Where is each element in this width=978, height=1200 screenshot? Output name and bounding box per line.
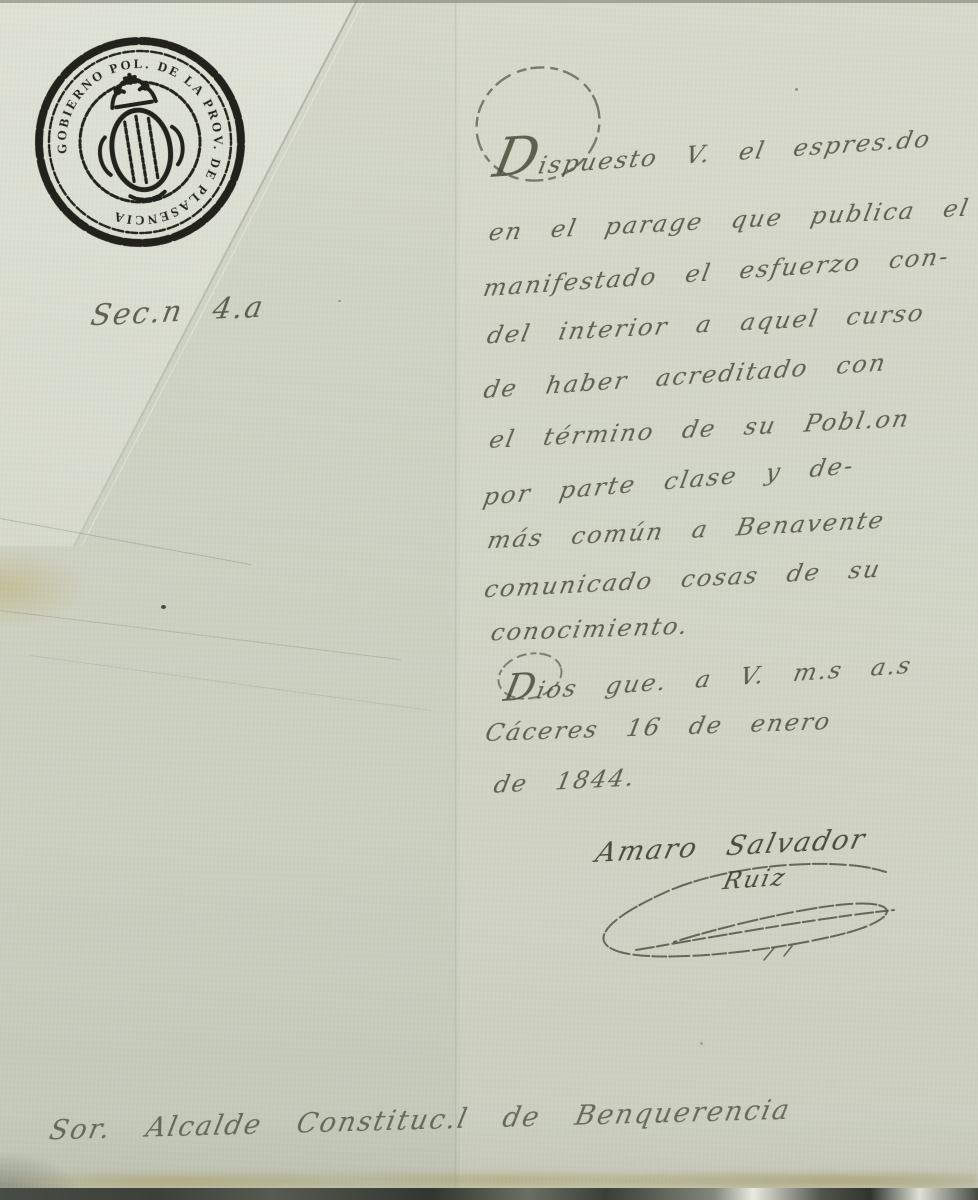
ink-speck	[338, 300, 341, 302]
signature-rubric	[578, 852, 918, 967]
scan-edge-top	[0, 0, 978, 3]
bottom-stain	[0, 1172, 978, 1188]
ink-speck	[795, 88, 798, 91]
crown-icon	[108, 71, 156, 108]
ink-speck	[161, 605, 166, 609]
scan-edge-bottom	[0, 1188, 978, 1200]
vertical-fold-crease	[455, 0, 458, 1200]
ink-speck	[700, 1042, 703, 1045]
letter-scan: GOBIERNO POL. DE LA PROV. DE PLASENCIA S…	[0, 0, 978, 1200]
margin-section-note: Sec.n 4.a	[88, 292, 267, 333]
official-seal: GOBIERNO POL. DE LA PROV. DE PLASENCIA	[14, 16, 266, 268]
horizontal-crease	[0, 610, 401, 660]
horizontal-crease	[30, 655, 431, 711]
